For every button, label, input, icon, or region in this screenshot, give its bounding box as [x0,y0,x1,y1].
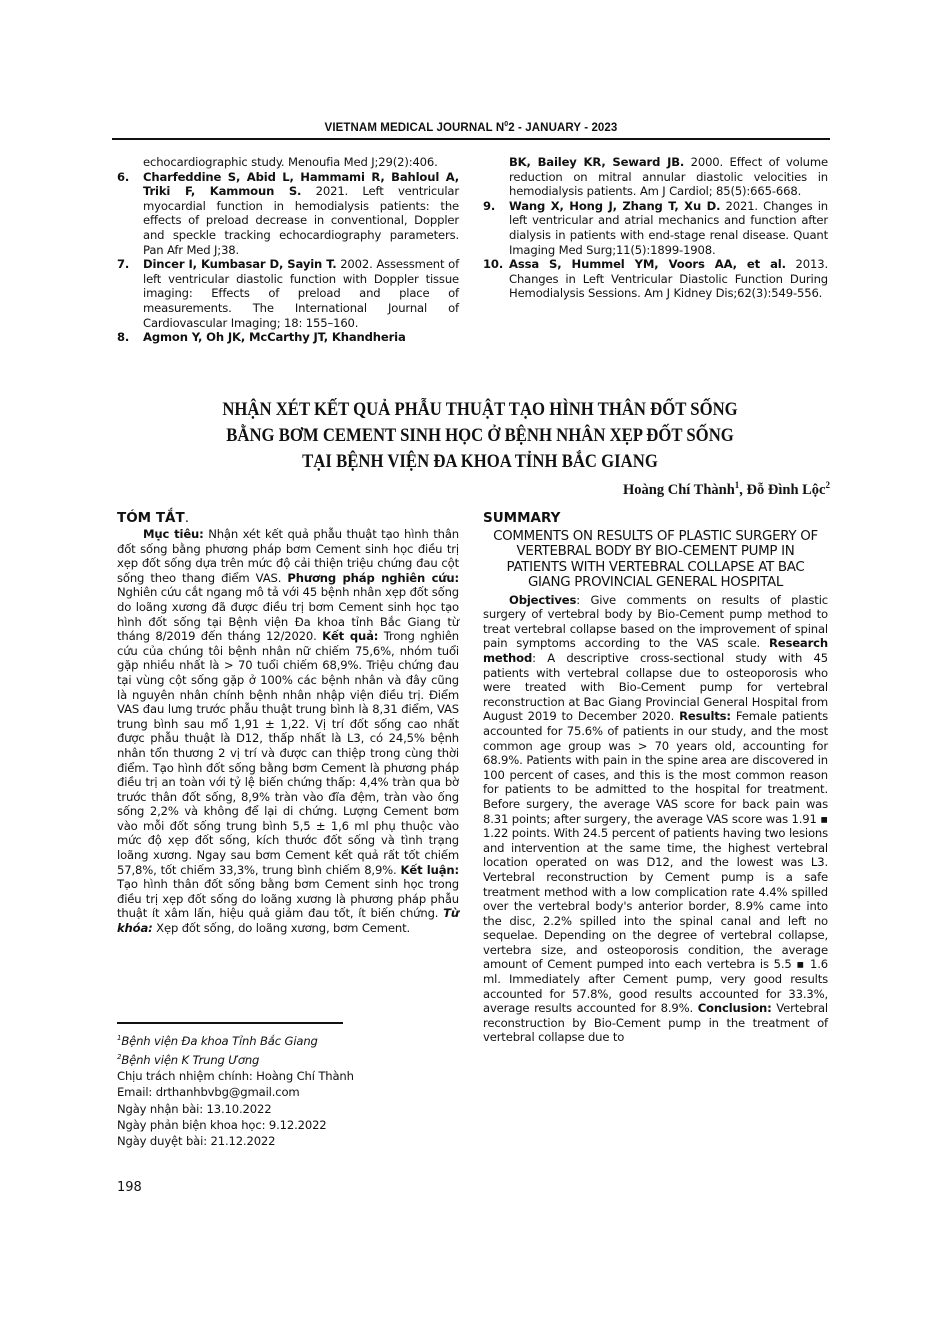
reference-authors: BK, Bailey KR, Seward JB. [509,155,684,169]
reference-item: 10. Assa S, Hummel YM, Voors AA, et al. … [483,257,828,301]
conclusion-text: Tạo hình thân đốt sống bằng bơm Cement s… [117,877,459,920]
running-head-prefix: VIETNAM MEDICAL JOURNAL N [325,122,505,134]
results-text: Trong nghiên cứu của chúng tôi bệnh nhân… [117,629,459,877]
results-label: Results: [679,709,731,723]
reference-number: 10. [483,257,503,272]
results-label: Kết quả: [322,629,378,643]
running-head: VIETNAM MEDICAL JOURNAL N02 - JANUARY - … [112,121,830,134]
reference-number: 6. [117,170,129,185]
running-head-suffix: 2 - JANUARY - 2023 [508,122,617,134]
reference-number: 9. [483,199,495,214]
author-line: Hoàng Chí Thành1, Đỗ Đình Lộc2 [623,480,830,499]
title-line: TẠI BỆNH VIỆN ĐA KHOA TỈNH BẮC GIANG [163,449,797,475]
page-number: 198 [117,1180,142,1195]
summary-heading: SUMMARY [483,510,828,527]
english-title: COMMENTS ON RESULTS OF PLASTIC SURGERY O… [487,529,824,591]
abstract-body: Mục tiêu: Nhận xét kết quả phẫu thuật tạ… [117,527,459,936]
footnote-rule [117,1022,343,1024]
abstract-heading: TÓM TẮT. [117,510,459,527]
author-name: Hoàng Chí Thành [623,482,735,498]
date-reviewed: Ngày phản biện khoa học: 9.12.2022 [117,1117,459,1133]
responsible-author: Chịu trách nhiệm chính: Hoàng Chí Thành [117,1068,459,1084]
results-text: Female patients accounted for 75.6% of p… [483,709,828,1015]
date-accepted: Ngày duyệt bài: 21.12.2022 [117,1133,459,1149]
header-rule [112,138,830,140]
method-label: Phương pháp nghiên cứu: [287,571,459,585]
reference-authors: Assa S, Hummel YM, Voors AA, et al. [509,257,786,271]
references-left-column: echocardiographic study. Menoufia Med J;… [117,155,459,345]
reference-item: 9. Wang X, Hong J, Zhang T, Xu D. 2021. … [483,199,828,257]
references-right-column: BK, Bailey KR, Seward JB. 2000. Effect o… [483,155,828,301]
footnotes: 1Bệnh viện Đa khoa Tỉnh Bắc Giang 2Bệnh … [117,1030,459,1149]
journal-page: VIETNAM MEDICAL JOURNAL N02 - JANUARY - … [0,0,942,1333]
affiliation-1: 1Bệnh viện Đa khoa Tỉnh Bắc Giang [117,1030,459,1049]
affiliation-2: 2Bệnh viện K Trung Ương [117,1049,459,1068]
affiliation-text: Bệnh viện K Trung Ương [121,1053,259,1067]
heading-text: TÓM TẮT [117,510,185,526]
date-received: Ngày nhận bài: 13.10.2022 [117,1101,459,1117]
conclusion-label: Conclusion: [698,1001,772,1015]
author-name: Đỗ Đình Lộc [747,482,826,498]
abstract-vietnamese: TÓM TẮT. Mục tiêu: Nhận xét kết quả phẫu… [117,510,459,936]
reference-item: BK, Bailey KR, Seward JB. 2000. Effect o… [483,155,828,199]
article-title: NHẬN XÉT KẾT QUẢ PHẪU THUẬT TẠO HÌNH THÂ… [163,397,797,475]
title-line: BẰNG BƠM CEMENT SINH HỌC Ở BỆNH NHÂN XẸP… [163,423,797,449]
author-affiliation-sup: 2 [826,480,831,490]
reference-item: 8. Agmon Y, Oh JK, McCarthy JT, Khandher… [117,330,459,345]
reference-authors: Wang X, Hong J, Zhang T, Xu D. [509,199,720,213]
reference-authors: Agmon Y, Oh JK, McCarthy JT, Khandheria [143,330,406,344]
summary-body: Objectives: Give comments on results of … [483,593,828,1045]
abstract-english: SUMMARY COMMENTS ON RESULTS OF PLASTIC S… [483,510,828,1045]
reference-item: echocardiographic study. Menoufia Med J;… [117,155,459,170]
reference-item: 7. Dincer I, Kumbasar D, Sayin T. 2002. … [117,257,459,330]
objective-label: Objectives [509,593,576,607]
reference-number: 7. [117,257,129,272]
title-line: NHẬN XÉT KẾT QUẢ PHẪU THUẬT TẠO HÌNH THÂ… [163,397,797,423]
objective-label: Mục tiêu: [143,527,204,541]
author-separator: , [739,482,746,498]
reference-item: 6. Charfeddine S, Abid L, Hammami R, Bah… [117,170,459,258]
reference-number: 8. [117,330,129,345]
reference-authors: Dincer I, Kumbasar D, Sayin T. [143,257,336,271]
conclusion-label: Kết luận: [401,863,459,877]
keywords-text: Xẹp đốt sống, do loãng xương, bơm Cement… [153,921,410,935]
contact-email: Email: drthanhbvbg@gmail.com [117,1084,459,1100]
heading-dot: . [185,510,189,526]
affiliation-text: Bệnh viện Đa khoa Tỉnh Bắc Giang [121,1034,317,1048]
reference-text: echocardiographic study. Menoufia Med J;… [143,155,438,169]
